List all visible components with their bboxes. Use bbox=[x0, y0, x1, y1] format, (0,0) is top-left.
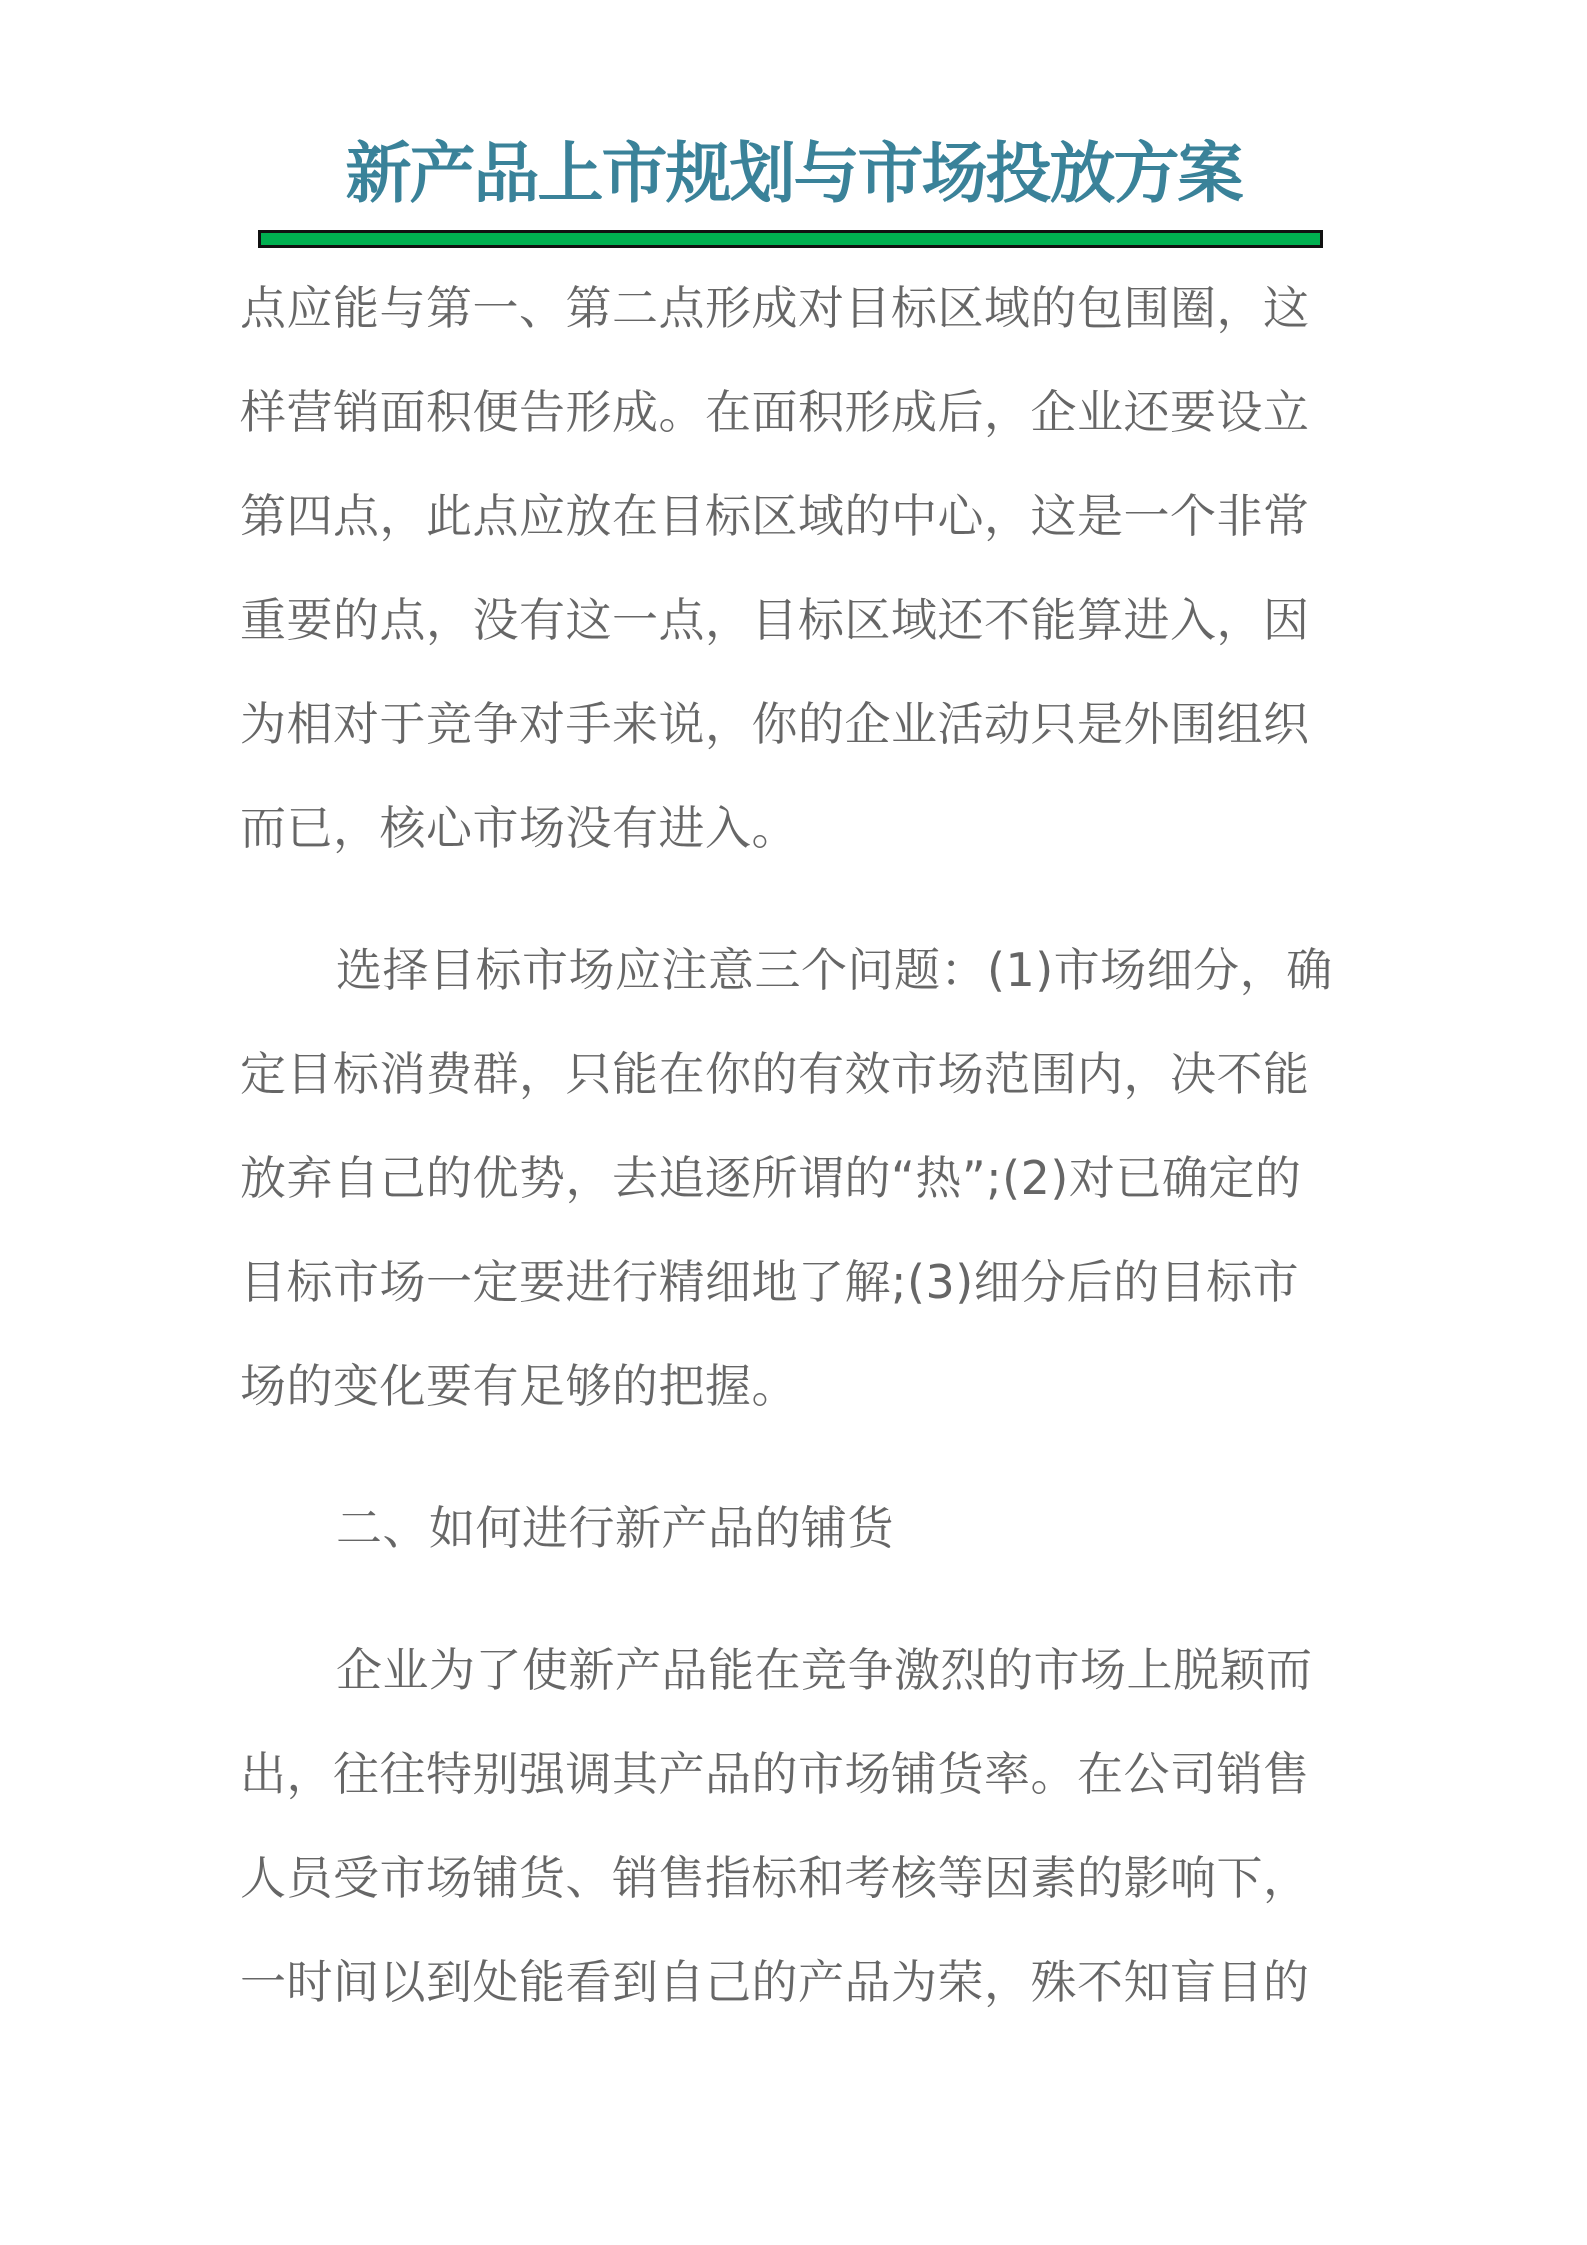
paragraph-distribution-rate: 企业为了使新产品能在竞争激烈的市场上脱颖而 出，往往特别强调其产品的市场铺货率。… bbox=[240, 1618, 1356, 2034]
text-line: 企业为了使新产品能在竞争激烈的市场上脱颖而 bbox=[240, 1618, 1356, 1722]
section-heading-distribution: 二、如何进行新产品的铺货 bbox=[240, 1476, 1356, 1580]
text-line: 第四点，此点应放在目标区域的中心，这是一个非常 bbox=[240, 464, 1356, 568]
text-line: 放弃自己的优势，去追逐所谓的“热”;(2)对已确定的 bbox=[240, 1126, 1356, 1230]
text-line: 一时间以到处能看到自己的产品为荣，殊不知盲目的 bbox=[240, 1930, 1356, 2034]
section-heading-text: 二、如何进行新产品的铺货 bbox=[240, 1476, 1356, 1580]
text-line: 为相对于竞争对手来说，你的企业活动只是外围组织 bbox=[240, 672, 1356, 776]
text-line: 定目标消费群，只能在你的有效市场范围内，决不能 bbox=[240, 1022, 1356, 1126]
title-underline-bar bbox=[258, 230, 1323, 248]
document-title: 新产品上市规划与市场投放方案 bbox=[0, 128, 1587, 220]
text-line: 而已，核心市场没有进入。 bbox=[240, 776, 1356, 880]
text-line: 重要的点，没有这一点，目标区域还不能算进入，因 bbox=[240, 568, 1356, 672]
text-line: 样营销面积便告形成。在面积形成后，企业还要设立 bbox=[240, 360, 1356, 464]
text-line: 点应能与第一、第二点形成对目标区域的包围圈，这 bbox=[240, 256, 1356, 360]
document-page: 新产品上市规划与市场投放方案 点应能与第一、第二点形成对目标区域的包围圈，这 样… bbox=[0, 0, 1587, 2245]
text-line: 选择目标市场应注意三个问题：(1)市场细分，确 bbox=[240, 918, 1356, 1022]
text-line: 出，往往特别强调其产品的市场铺货率。在公司销售 bbox=[240, 1722, 1356, 1826]
text-line: 场的变化要有足够的把握。 bbox=[240, 1334, 1356, 1438]
paragraph-target-market-issues: 选择目标市场应注意三个问题：(1)市场细分，确 定目标消费群，只能在你的有效市场… bbox=[240, 918, 1356, 1438]
text-line: 目标市场一定要进行精细地了解;(3)细分后的目标市 bbox=[240, 1230, 1356, 1334]
document-body: 点应能与第一、第二点形成对目标区域的包围圈，这 样营销面积便告形成。在面积形成后… bbox=[240, 256, 1356, 2034]
paragraph-continuation: 点应能与第一、第二点形成对目标区域的包围圈，这 样营销面积便告形成。在面积形成后… bbox=[240, 256, 1356, 880]
text-line: 人员受市场铺货、销售指标和考核等因素的影响下， bbox=[240, 1826, 1356, 1930]
